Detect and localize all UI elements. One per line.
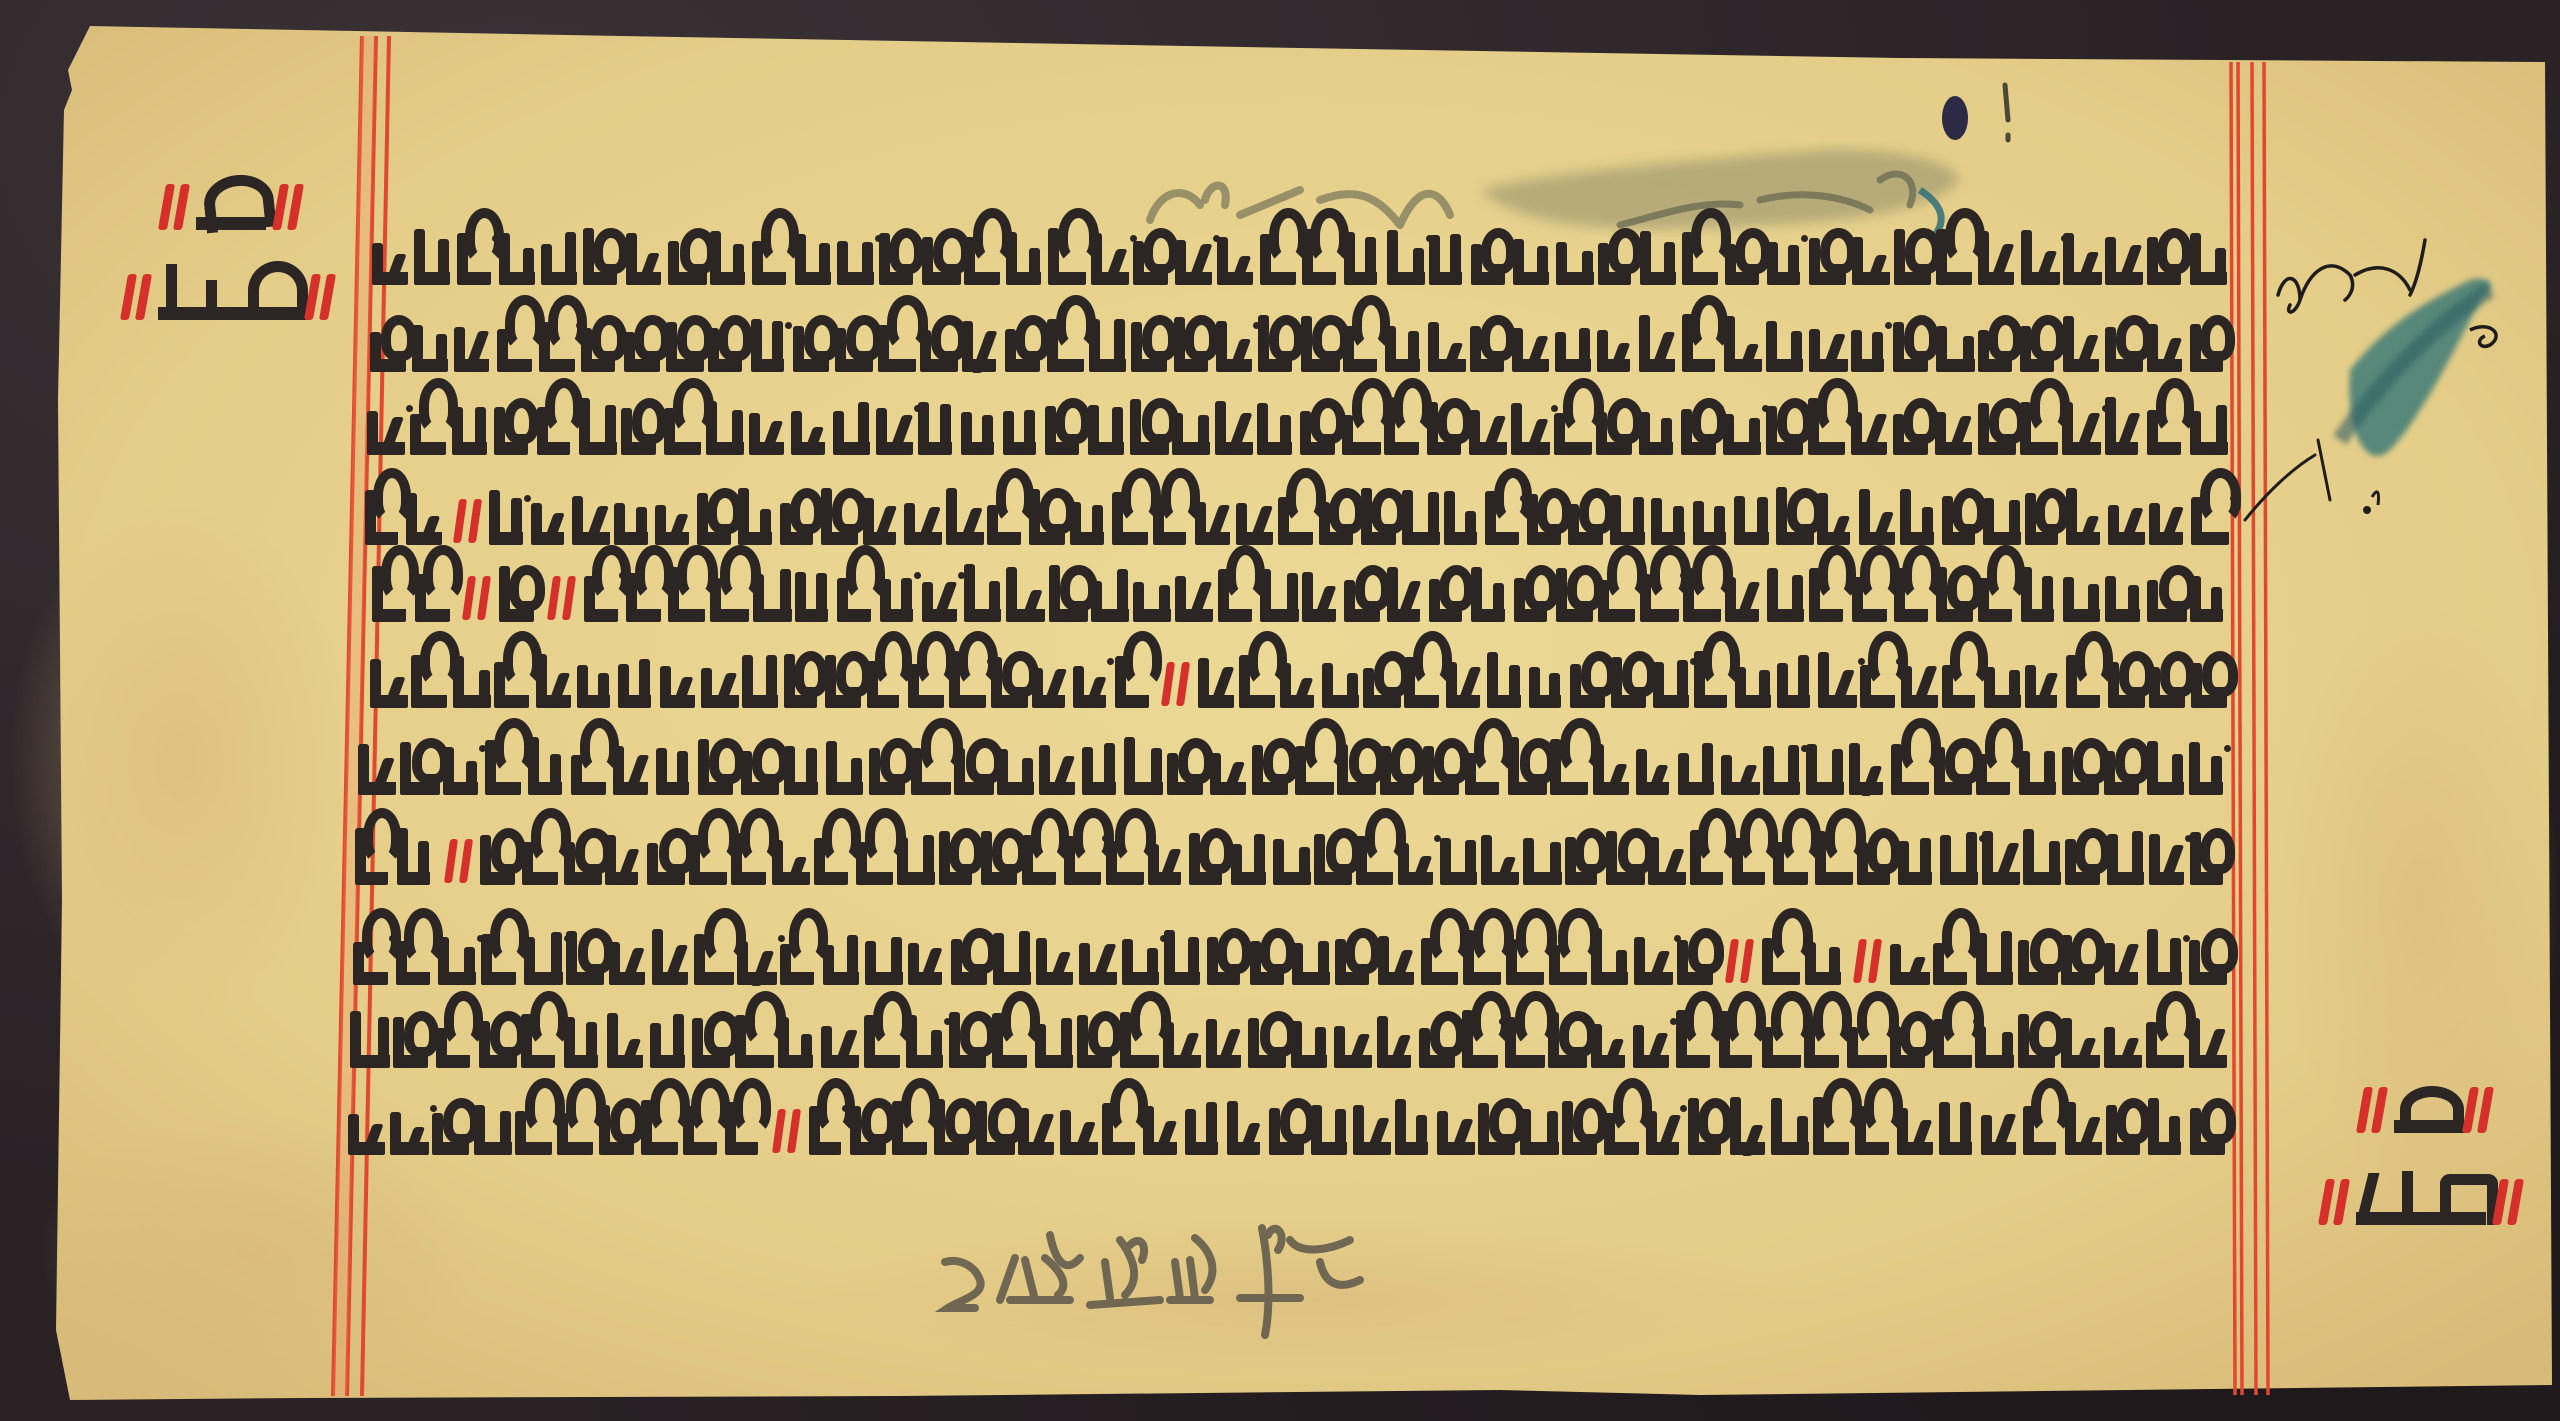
text-row	[370, 302, 2232, 372]
script-glyph	[867, 639, 899, 708]
script-glyph	[961, 386, 994, 455]
script-glyph	[528, 726, 562, 795]
script-glyph	[850, 1086, 886, 1155]
script-glyph	[414, 216, 450, 285]
script-glyph	[1676, 999, 1710, 1068]
script-glyph	[1805, 916, 1841, 985]
script-glyph	[494, 386, 527, 455]
script-glyph	[1568, 476, 1603, 545]
script-glyph	[1047, 303, 1084, 372]
script-glyph	[370, 639, 408, 708]
script-glyph	[438, 916, 475, 985]
script-glyph	[613, 726, 648, 795]
script-glyph	[1073, 639, 1105, 708]
script-glyph	[577, 639, 610, 708]
script-glyph	[2108, 639, 2145, 708]
script-glyph	[1766, 386, 1803, 455]
script-glyph	[2146, 999, 2184, 1068]
script-glyph	[1694, 639, 1727, 708]
script-glyph	[918, 386, 952, 455]
script-glyph	[701, 639, 739, 708]
script-glyph	[1485, 476, 1519, 545]
red-double-danda	[547, 576, 561, 620]
script-glyph	[1314, 816, 1351, 885]
script-glyph	[908, 639, 944, 708]
script-glyph	[1079, 916, 1118, 985]
script-glyph	[557, 1086, 592, 1155]
script-glyph	[864, 999, 900, 1068]
script-glyph	[641, 1086, 678, 1155]
script-glyph	[1771, 1086, 1808, 1155]
script-glyph	[2018, 916, 2057, 985]
script-glyph	[784, 639, 817, 708]
script-glyph	[1982, 816, 2020, 885]
manuscript-text-block	[0, 0, 2560, 1421]
script-glyph	[731, 816, 767, 885]
script-glyph	[1164, 916, 1200, 985]
script-glyph	[949, 639, 985, 708]
script-glyph	[1421, 916, 1458, 985]
script-glyph	[1218, 553, 1253, 622]
script-glyph	[1302, 553, 1336, 622]
script-glyph	[1175, 216, 1212, 285]
script-glyph	[814, 816, 848, 885]
script-glyph	[751, 303, 784, 372]
script-glyph	[521, 999, 555, 1068]
script-glyph	[1942, 476, 1976, 545]
red-double-danda	[462, 576, 476, 620]
script-glyph	[1939, 1086, 1972, 1155]
script-glyph	[1163, 999, 1201, 1068]
script-glyph	[1006, 216, 1041, 285]
script-glyph	[1419, 999, 1455, 1068]
script-glyph	[1653, 639, 1689, 708]
script-glyph	[626, 553, 661, 622]
script-glyph	[992, 999, 1027, 1068]
script-glyph	[1377, 999, 1411, 1068]
script-glyph	[2023, 816, 2060, 885]
script-glyph	[452, 386, 487, 455]
script-glyph	[1487, 639, 1521, 708]
script-glyph	[668, 553, 705, 622]
script-glyph	[1735, 639, 1771, 708]
script-glyph	[650, 999, 685, 1068]
script-glyph	[1124, 726, 1162, 795]
script-glyph	[863, 476, 897, 545]
script-glyph	[1633, 999, 1669, 1068]
script-glyph	[499, 216, 535, 285]
script-glyph	[397, 816, 430, 885]
script-glyph	[1891, 726, 1929, 795]
script-glyph	[1189, 816, 1222, 885]
script-glyph	[1088, 386, 1124, 455]
script-glyph	[981, 816, 1018, 885]
script-glyph	[1130, 386, 1169, 455]
script-glyph	[1215, 386, 1253, 455]
script-glyph	[2190, 816, 2223, 885]
script-glyph	[1429, 553, 1462, 622]
script-glyph	[1978, 386, 2017, 455]
script-glyph	[1933, 999, 1972, 1068]
script-glyph	[372, 553, 406, 622]
script-glyph	[964, 216, 1000, 285]
script-glyph	[1901, 639, 1938, 708]
script-glyph	[1022, 816, 1055, 885]
script-glyph	[2104, 726, 2139, 795]
script-glyph	[1976, 726, 2009, 795]
script-glyph	[485, 726, 521, 795]
script-glyph	[1762, 916, 1800, 985]
script-glyph	[1334, 999, 1372, 1068]
script-glyph	[1933, 916, 1967, 985]
script-glyph	[1252, 726, 1287, 795]
script-glyph	[892, 1086, 927, 1155]
script-glyph	[457, 216, 492, 285]
script-glyph	[1890, 916, 1929, 985]
script-glyph	[694, 916, 733, 985]
script-glyph	[1353, 1086, 1391, 1155]
script-glyph	[1195, 476, 1230, 545]
script-glyph	[2106, 1086, 2139, 1155]
script-glyph	[1440, 816, 1478, 885]
script-glyph	[1809, 553, 1843, 622]
script-glyph	[1462, 999, 1498, 1068]
script-glyph	[579, 386, 617, 455]
script-glyph	[752, 216, 785, 285]
script-glyph	[1693, 476, 1726, 545]
script-glyph	[738, 476, 772, 545]
script-glyph	[1174, 303, 1208, 372]
script-glyph	[1120, 999, 1158, 1068]
text-row	[365, 475, 2232, 545]
script-glyph	[795, 553, 828, 622]
script-glyph	[897, 816, 934, 885]
script-glyph	[2065, 1086, 2102, 1155]
text-row	[355, 815, 2232, 885]
script-glyph	[2189, 726, 2223, 795]
script-glyph	[2061, 916, 2094, 985]
script-glyph	[2147, 386, 2180, 455]
script-glyph	[1894, 553, 1928, 622]
script-glyph	[993, 916, 1031, 985]
script-glyph	[660, 639, 695, 708]
script-glyph	[1763, 726, 1800, 795]
script-glyph	[1172, 386, 1210, 455]
script-glyph	[479, 999, 517, 1068]
script-glyph	[1384, 386, 1419, 455]
script-glyph	[1851, 303, 1884, 372]
script-glyph	[689, 816, 727, 885]
script-glyph	[1258, 303, 1292, 372]
script-glyph	[997, 726, 1034, 795]
script-glyph	[1640, 553, 1679, 622]
script-glyph	[1231, 816, 1266, 885]
script-glyph	[911, 726, 951, 795]
script-glyph	[962, 303, 996, 372]
script-glyph	[1767, 216, 1800, 285]
script-glyph	[2025, 476, 2058, 545]
script-glyph	[1300, 386, 1335, 455]
script-glyph	[624, 303, 660, 372]
script-glyph	[2149, 476, 2183, 545]
script-glyph	[480, 816, 515, 885]
script-glyph	[906, 999, 943, 1068]
script-glyph	[656, 726, 690, 795]
script-glyph	[1818, 639, 1856, 708]
script-glyph	[1554, 386, 1592, 455]
script-glyph	[1257, 386, 1292, 455]
script-glyph	[904, 476, 941, 545]
script-glyph	[735, 999, 773, 1068]
script-glyph	[991, 639, 1028, 708]
script-glyph	[1897, 1086, 1933, 1155]
red-double-danda	[1176, 662, 1190, 706]
script-glyph	[539, 303, 575, 372]
script-glyph	[1446, 639, 1480, 708]
script-glyph	[698, 726, 733, 795]
script-glyph	[1719, 999, 1752, 1068]
script-glyph	[1506, 916, 1544, 985]
script-glyph	[1808, 386, 1845, 455]
script-glyph	[934, 1086, 969, 1155]
text-row	[372, 215, 2232, 285]
script-glyph	[1646, 1086, 1680, 1155]
script-glyph	[497, 303, 533, 372]
script-glyph	[976, 1086, 1015, 1155]
script-glyph	[2105, 216, 2143, 285]
script-glyph	[1428, 303, 1466, 372]
script-glyph	[1809, 216, 1846, 285]
script-glyph	[1648, 816, 1686, 885]
script-glyph	[1851, 386, 1887, 455]
script-glyph	[1319, 476, 1353, 545]
script-glyph	[1730, 1086, 1766, 1155]
script-glyph	[826, 726, 863, 795]
script-glyph	[599, 1086, 634, 1155]
script-glyph	[1762, 999, 1801, 1068]
script-glyph	[1767, 553, 1804, 622]
script-glyph	[410, 386, 446, 455]
script-glyph	[1513, 216, 1549, 285]
script-glyph	[1548, 999, 1587, 1068]
script-glyph	[1387, 553, 1420, 622]
script-glyph	[1216, 303, 1252, 372]
script-glyph	[778, 999, 813, 1068]
script-glyph	[2021, 216, 2060, 285]
script-glyph	[1291, 999, 1327, 1068]
script-glyph	[1978, 553, 2012, 622]
script-glyph	[1683, 553, 1721, 622]
script-glyph	[878, 303, 917, 372]
script-glyph	[1565, 816, 1598, 885]
script-glyph	[1112, 476, 1149, 545]
script-glyph	[1593, 726, 1629, 795]
script-glyph	[1555, 303, 1591, 372]
script-glyph	[1207, 916, 1241, 985]
script-glyph	[1859, 476, 1896, 545]
script-glyph	[2147, 216, 2180, 285]
script-glyph	[683, 1086, 717, 1155]
script-glyph	[432, 1086, 469, 1155]
script-glyph	[1089, 303, 1126, 372]
script-glyph	[869, 726, 905, 795]
script-glyph	[1045, 386, 1079, 455]
script-glyph	[1481, 816, 1519, 885]
script-glyph	[2066, 639, 2099, 708]
script-glyph	[780, 476, 813, 545]
script-glyph	[1636, 726, 1670, 795]
script-glyph	[1064, 816, 1101, 885]
script-glyph	[784, 726, 818, 795]
script-glyph	[1292, 916, 1330, 985]
script-glyph	[655, 476, 689, 545]
script-glyph	[1852, 216, 1891, 285]
script-glyph	[1039, 726, 1074, 795]
script-glyph	[1556, 216, 1594, 285]
script-glyph	[1606, 816, 1644, 885]
script-glyph	[1363, 639, 1401, 708]
script-glyph	[1295, 726, 1335, 795]
script-glyph	[1343, 303, 1377, 372]
script-glyph	[1322, 639, 1359, 708]
red-double-danda	[453, 499, 467, 543]
script-glyph	[2189, 999, 2227, 1068]
script-glyph	[1804, 999, 1838, 1068]
script-glyph	[1508, 726, 1547, 795]
script-glyph	[865, 916, 903, 985]
script-glyph	[2062, 726, 2099, 795]
red-double-danda	[444, 839, 458, 883]
script-glyph	[2019, 726, 2056, 795]
script-glyph	[737, 916, 776, 985]
script-glyph	[1806, 726, 1844, 795]
script-glyph	[1006, 553, 1045, 622]
red-double-danda	[772, 1109, 786, 1153]
script-glyph	[1596, 386, 1632, 455]
script-glyph	[795, 216, 831, 285]
script-glyph	[1269, 1086, 1304, 1155]
script-glyph	[1206, 999, 1241, 1068]
script-glyph	[706, 386, 744, 455]
script-glyph	[1361, 476, 1396, 545]
script-glyph	[652, 916, 688, 985]
script-glyph	[353, 916, 388, 985]
script-glyph	[1723, 386, 1760, 455]
script-glyph	[1847, 999, 1887, 1068]
script-glyph	[1900, 476, 1934, 545]
script-glyph	[1611, 639, 1646, 708]
script-glyph	[2149, 639, 2184, 708]
script-glyph	[1278, 476, 1313, 545]
script-glyph	[1153, 476, 1186, 545]
script-glyph	[710, 216, 745, 285]
script-glyph	[1690, 816, 1723, 885]
script-glyph	[1463, 916, 1501, 985]
script-glyph	[1356, 816, 1393, 885]
script-glyph	[821, 999, 859, 1068]
script-glyph	[1681, 386, 1716, 455]
script-glyph	[939, 816, 972, 885]
script-glyph	[1640, 216, 1676, 285]
script-glyph	[1523, 816, 1562, 885]
script-glyph	[1983, 476, 2021, 545]
script-glyph	[1777, 639, 1810, 708]
script-glyph	[1688, 1086, 1722, 1155]
script-glyph	[1809, 303, 1848, 372]
script-glyph	[879, 216, 912, 285]
script-glyph	[1185, 1086, 1218, 1155]
script-glyph	[572, 476, 610, 545]
script-glyph	[1248, 999, 1286, 1068]
script-glyph	[1860, 639, 1895, 708]
script-glyph	[1725, 216, 1760, 285]
script-glyph	[1091, 553, 1129, 622]
script-glyph	[453, 639, 491, 708]
script-glyph	[350, 999, 390, 1068]
script-glyph	[1198, 639, 1235, 708]
script-glyph	[400, 726, 439, 795]
script-glyph	[1976, 916, 2013, 985]
script-glyph	[1143, 1086, 1177, 1155]
script-glyph	[1934, 726, 1972, 795]
script-glyph	[1387, 216, 1425, 285]
script-glyph	[1060, 1086, 1099, 1155]
script-glyph	[1102, 1086, 1135, 1155]
script-glyph	[2107, 816, 2144, 885]
script-glyph	[1724, 303, 1762, 372]
script-glyph	[1005, 303, 1040, 372]
script-glyph	[564, 999, 598, 1068]
script-glyph	[1634, 916, 1672, 985]
text-row	[350, 998, 2232, 1068]
script-glyph	[1893, 303, 1928, 372]
script-glyph	[1591, 999, 1625, 1068]
script-glyph	[515, 1086, 551, 1155]
script-glyph	[1402, 476, 1440, 545]
script-glyph	[1335, 916, 1369, 985]
script-glyph	[1936, 303, 1975, 372]
text-row	[367, 385, 2232, 455]
script-glyph	[1217, 216, 1252, 285]
script-glyph	[1260, 216, 1296, 285]
script-glyph	[1077, 999, 1111, 1068]
script-glyph	[835, 303, 873, 372]
script-glyph	[825, 639, 861, 708]
script-glyph	[1813, 1086, 1849, 1155]
script-glyph	[664, 386, 701, 455]
script-glyph	[1562, 1086, 1597, 1155]
script-glyph	[2063, 553, 2100, 622]
script-glyph	[2105, 553, 2140, 622]
script-glyph	[355, 816, 388, 885]
script-glyph	[2189, 916, 2227, 985]
script-glyph	[2147, 916, 2183, 985]
script-glyph	[499, 553, 533, 622]
script-glyph	[1598, 553, 1635, 622]
script-glyph	[668, 216, 707, 285]
script-glyph	[564, 816, 603, 885]
red-double-danda	[1868, 939, 1882, 983]
script-glyph	[581, 303, 615, 372]
script-glyph	[406, 476, 441, 545]
script-glyph	[393, 999, 428, 1068]
script-glyph	[1732, 816, 1765, 885]
script-glyph	[443, 726, 478, 795]
script-glyph	[2190, 216, 2227, 285]
script-glyph	[348, 1086, 385, 1155]
script-glyph	[1280, 639, 1313, 708]
script-glyph	[1610, 476, 1645, 545]
